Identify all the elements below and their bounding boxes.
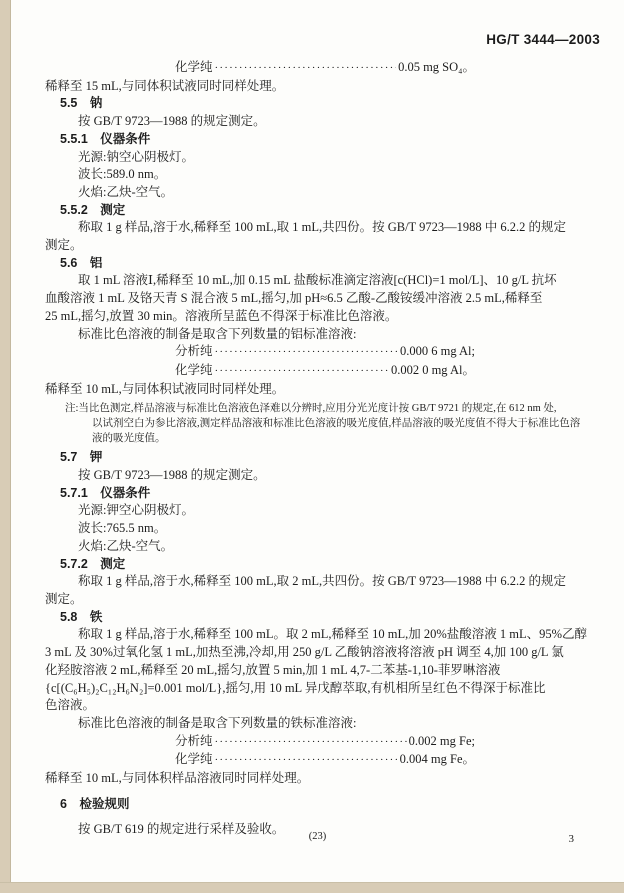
leader-dots: ········································… bbox=[215, 734, 407, 752]
leader-line: 化学纯·····································… bbox=[175, 362, 475, 381]
text-line: 称取 1 g 样品,溶于水,稀释至 100 mL,取 1 mL,共四份。按 GB… bbox=[45, 219, 596, 237]
text-line: {c[(C₆H₅)₂C₁₂H₆N₂]=0.001 mol/L},摇匀,用 10 … bbox=[45, 680, 596, 698]
text-line: 按 GB/T 9723—1988 的规定测定。 bbox=[45, 467, 596, 485]
text-line: 称取 1 g 样品,溶于水,稀释至 100 mL。取 2 mL,稀释至 10 m… bbox=[45, 626, 596, 644]
text-line: 火焰:乙炔-空气。 bbox=[45, 538, 596, 556]
leader-line: 分析纯·····································… bbox=[175, 733, 475, 752]
note-line: 液的吸光度值。 bbox=[45, 431, 596, 446]
scan-edge-left bbox=[0, 0, 11, 893]
text-line: 稀释至 10 mL,与同体积试液同时同样处理。 bbox=[45, 381, 596, 399]
section-heading: 5.7.2 测定 bbox=[45, 556, 596, 574]
scan-edge-bottom bbox=[0, 882, 624, 893]
leader-label: 化学纯 bbox=[175, 362, 213, 380]
text-line: 按 GB/T 9723—1988 的规定测定。 bbox=[45, 113, 596, 131]
text-line: 波长:765.5 nm。 bbox=[45, 520, 596, 538]
text-line: 火焰:乙炔-空气。 bbox=[45, 184, 596, 202]
text-line: 取 1 mL 溶液Ⅰ,稀释至 10 mL,加 0.15 mL 盐酸标准滴定溶液[… bbox=[45, 272, 596, 290]
leader-label: 化学纯 bbox=[175, 59, 213, 77]
leader-value: 0.002 0 mg Al。 bbox=[391, 362, 475, 380]
leader-label: 化学纯 bbox=[175, 751, 213, 769]
text-line: 光源:钠空心阴极灯。 bbox=[45, 149, 596, 167]
text-line: 标准比色溶液的制备是取含下列数量的铝标准溶液: bbox=[45, 326, 596, 344]
section-heading: 5.7.1 仪器条件 bbox=[45, 485, 596, 503]
leader-label: 分析纯 bbox=[175, 343, 213, 361]
text-line: 稀释至 15 mL,与同体积试液同时同样处理。 bbox=[45, 78, 596, 96]
leader-value: 0.002 mg Fe; bbox=[409, 733, 475, 751]
document-page: HG/T 3444—2003 化学纯······················… bbox=[11, 0, 624, 882]
leader-dots: ········································… bbox=[215, 344, 398, 362]
text-line: 稀释至 10 mL,与同体积样品溶液同时同样处理。 bbox=[45, 770, 596, 788]
footer-page-number: 3 bbox=[569, 833, 575, 845]
text-line: 色溶液。 bbox=[45, 697, 596, 715]
standard-number-header: HG/T 3444—2003 bbox=[11, 32, 600, 47]
text-line: 标准比色溶液的制备是取含下列数量的铁标准溶液: bbox=[45, 715, 596, 733]
text-line: 化羟胺溶液 2 mL,稀释至 20 mL,摇匀,放置 5 min,加 1 mL … bbox=[45, 662, 596, 680]
leader-line: 化学纯·····································… bbox=[175, 751, 475, 770]
section-heading: 5.5.1 仪器条件 bbox=[45, 131, 596, 149]
leader-line: 化学纯·····································… bbox=[175, 59, 475, 78]
leader-dots: ········································… bbox=[215, 60, 397, 78]
section-heading: 5.5.2 测定 bbox=[45, 202, 596, 220]
text-line: 3 mL 及 30%过氧化氢 1 mL,加热至沸,冷却,用 250 g/L 乙酸… bbox=[45, 644, 596, 662]
section-heading: 6 检验规则 bbox=[45, 796, 596, 814]
document-body: 化学纯·····································… bbox=[45, 59, 596, 839]
leader-dots: ········································… bbox=[215, 752, 398, 770]
section-heading: 5.8 铁 bbox=[45, 609, 596, 627]
text-line: 25 mL,摇匀,放置 30 min。溶液所呈蓝色不得深于标准比色溶液。 bbox=[45, 308, 596, 326]
text-line: 称取 1 g 样品,溶于水,稀释至 100 mL,取 2 mL,共四份。按 GB… bbox=[45, 573, 596, 591]
section-heading: 5.6 铝 bbox=[45, 255, 596, 273]
leader-dots: ········································… bbox=[215, 363, 389, 381]
leader-line: 分析纯·····································… bbox=[175, 343, 475, 362]
leader-value: 0.000 6 mg Al; bbox=[400, 343, 475, 361]
section-heading: 5.5 钠 bbox=[45, 95, 596, 113]
section-heading: 5.7 钾 bbox=[45, 449, 596, 467]
leader-value: 0.05 mg SO₄。 bbox=[398, 59, 475, 77]
text-line: 波长:589.0 nm。 bbox=[45, 166, 596, 184]
text-line: 测定。 bbox=[45, 591, 596, 609]
leader-value: 0.004 mg Fe。 bbox=[400, 751, 475, 769]
note-line: 以试剂空白为参比溶液,测定样品溶液和标准比色溶液的吸光度值,样品溶液的吸光度值不… bbox=[45, 416, 596, 431]
footer-sheet-number: (23) bbox=[11, 831, 624, 842]
text-line: 光源:钾空心阴极灯。 bbox=[45, 502, 596, 520]
text-line: 测定。 bbox=[45, 237, 596, 255]
text-line: 血酸溶液 1 mL 及铬天青 S 混合液 5 mL,摇匀,加 pH≈6.5 乙酸… bbox=[45, 290, 596, 308]
leader-label: 分析纯 bbox=[175, 733, 213, 751]
note-line: 注:当比色测定,样品溶液与标准比色溶液色泽难以分辨时,应用分光光度计按 GB/T… bbox=[45, 401, 596, 416]
